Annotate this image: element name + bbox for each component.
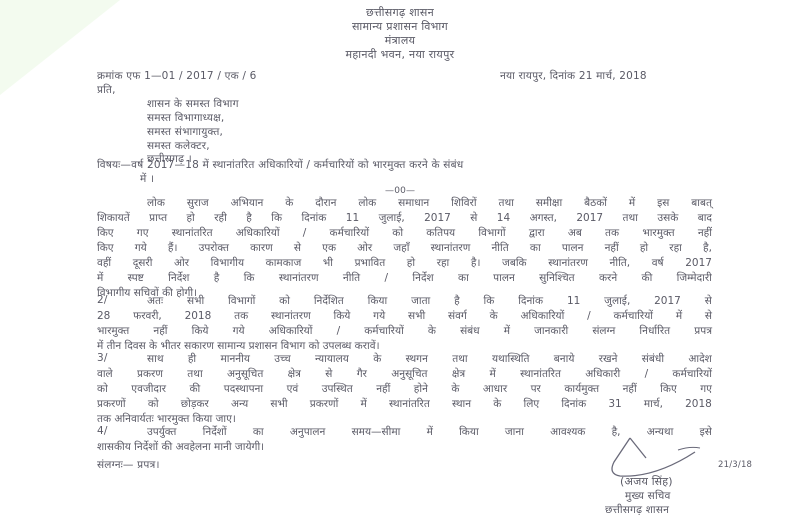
- paragraph-line: 28फरवरी,2018तकस्थानांतरणकियेगयेसभीसंवर्ग…: [97, 309, 712, 324]
- paragraph-line: किएगएस्थानांतरितअधिकारियों/कर्मचारियोंको…: [97, 226, 712, 241]
- letterhead-department: सामान्य प्रशासन विभाग: [0, 19, 800, 34]
- enclosure: संलग्नः— प्रपत्र।: [97, 458, 160, 472]
- letterhead-ministry: मंत्रालय: [0, 33, 800, 48]
- signatory-office: छत्तीसगढ़ शासन: [605, 503, 669, 517]
- paragraph-line: वहींदूसरीओरविभागीयकामकाजभीप्रभावितहोरहाह…: [97, 256, 712, 271]
- paragraph-line: कोएवजीदारकीपदस्थापनाएवंउपस्थितनहींहोनेके…: [97, 382, 712, 397]
- paragraph-line: मेंस्पष्टनिर्देशहैकिस्थानांतरणनीति/निर्द…: [97, 271, 712, 286]
- paragraph-line: अतःसभीविभागोंकोनिर्देशितकियाजाताहैकिदिना…: [97, 294, 712, 309]
- paragraph-2: अतःसभीविभागोंकोनिर्देशितकियाजाताहैकिदिना…: [97, 294, 712, 354]
- government-letter: छत्तीसगढ़ शासन सामान्य प्रशासन विभाग मंत…: [0, 0, 800, 524]
- signatory-designation: मुख्य सचिव: [625, 489, 671, 503]
- paragraph-line: वालेप्रकरणतथाअनुसूचितक्षेत्रसेगैरअनुसूचि…: [97, 367, 712, 382]
- recipient: समस्त संभागायुक्त,: [147, 125, 223, 139]
- paragraph-line: शिकायतेंप्राप्तहोरहीहैकिदिनांक11जुलाई,20…: [97, 211, 712, 226]
- paragraph-line: साथहीमाननीयउच्चन्यायालयकेस्थगनतथायथास्थि…: [97, 352, 712, 367]
- subject-line-2: में ।: [140, 172, 154, 186]
- recipient: समस्त कलेक्टर,: [147, 139, 210, 153]
- letterhead-address: महानदी भवन, नया रायपुर: [0, 47, 800, 62]
- recipient: समस्त विभागाध्यक्ष,: [147, 111, 224, 125]
- paragraph-1: लोकसुराजअभियानकेदौरानलोकसमाधानशिविरोंतथा…: [97, 196, 712, 301]
- paragraph-3: साथहीमाननीयउच्चन्यायालयकेस्थगनतथायथास्थि…: [97, 352, 712, 427]
- paragraph-line: लोकसुराजअभियानकेदौरानलोकसमाधानशिविरोंतथा…: [97, 196, 712, 211]
- letterhead-govt: छत्तीसगढ़ शासन: [0, 5, 800, 20]
- to-label: प्रति,: [97, 83, 116, 97]
- recipient: शासन के समस्त विभाग: [147, 97, 239, 111]
- reference-number: क्रमांक एफ 1—01 / 2017 / एक / 6: [97, 69, 257, 83]
- paragraph-line: भारमुक्तनहींकियेगयेअधिकारियों/कर्मचारियो…: [97, 324, 712, 339]
- paragraph-line: प्रकरणोंकोछोड़करअन्यसभीप्रकरणोंमेंस्थाना…: [97, 397, 712, 412]
- separator: —00—: [385, 186, 415, 196]
- subject-line-1: विषयः—वर्ष 2017—18 में स्थानांतरित अधिका…: [97, 158, 463, 172]
- signature-date: 21/3/18: [718, 460, 752, 470]
- signatory-name: (अजय सिंह): [620, 474, 673, 489]
- paragraph-line: किएगयेहैं।उपरोक्तकारणसेएकओरजहाँस्थानांतर…: [97, 241, 712, 256]
- place-date: नया रायपुर, दिनांक 21 मार्च, 2018: [500, 69, 647, 83]
